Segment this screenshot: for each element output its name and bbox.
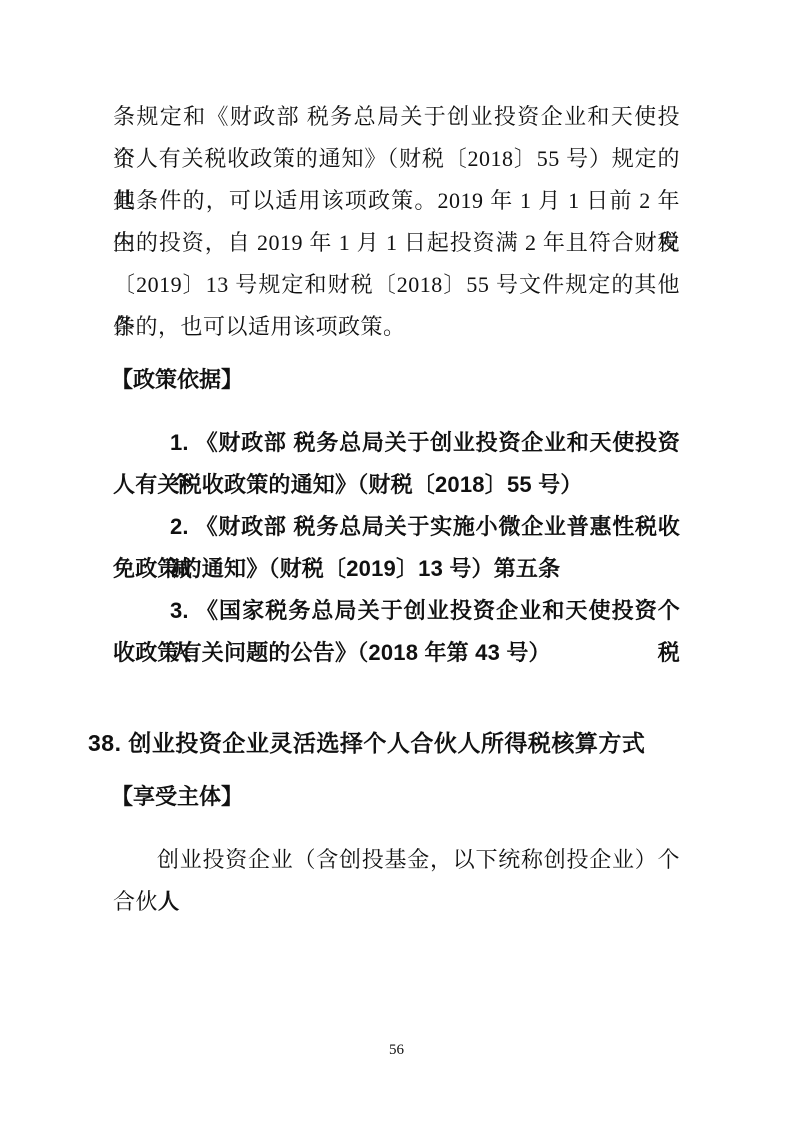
list-item-line: 3. 《国家税务总局关于创业投资企业和天使投资个人税 xyxy=(113,590,680,632)
text-line: 个人有关税收政策的通知》（财税〔2018〕55 号）规定的其 xyxy=(113,138,680,180)
section-38-heading: 38. 创业投资企业灵活选择个人合伙人所得税核算方式 xyxy=(88,727,645,759)
subject-heading: 【享受主体】 xyxy=(111,776,243,818)
text-line: 〔2019〕13 号规定和财税〔2018〕55 号文件规定的其他条 xyxy=(113,264,680,306)
text-line: 条规定和《财政部 税务总局关于创业投资企业和天使投资 xyxy=(113,96,680,138)
text-line: 件的，也可以适用该项政策。 xyxy=(113,306,680,348)
page-number: 56 xyxy=(0,1040,793,1060)
text-line: 生的投资，自 2019 年 1 月 1 日起投资满 2 年且符合财税 xyxy=(113,222,680,264)
text-line: 他条件的，可以适用该项政策。2019 年 1 月 1 日前 2 年内发 xyxy=(113,180,680,222)
text-line: 创业投资企业（含创投基金，以下统称创投企业）个人 xyxy=(113,839,680,881)
paragraph-intro: 条规定和《财政部 税务总局关于创业投资企业和天使投资 个人有关税收政策的通知》（… xyxy=(113,96,680,348)
list-item-line: 人有关税收政策的通知》（财税〔2018〕55 号） xyxy=(113,464,680,506)
list-item-line: 1. 《财政部 税务总局关于创业投资企业和天使投资个 xyxy=(113,422,680,464)
list-item-line: 2. 《财政部 税务总局关于实施小微企业普惠性税收减 xyxy=(113,506,680,548)
document-page: 条规定和《财政部 税务总局关于创业投资企业和天使投资 个人有关税收政策的通知》（… xyxy=(0,0,793,1122)
policy-basis-heading: 【政策依据】 xyxy=(111,359,243,401)
paragraph-subject: 创业投资企业（含创投基金，以下统称创投企业）个人 合伙人 xyxy=(113,839,680,923)
list-item-line: 免政策的通知》（财税〔2019〕13 号）第五条 xyxy=(113,548,680,590)
text-line: 合伙人 xyxy=(113,881,680,923)
policy-basis-list: 1. 《财政部 税务总局关于创业投资企业和天使投资个 人有关税收政策的通知》（财… xyxy=(113,422,680,674)
